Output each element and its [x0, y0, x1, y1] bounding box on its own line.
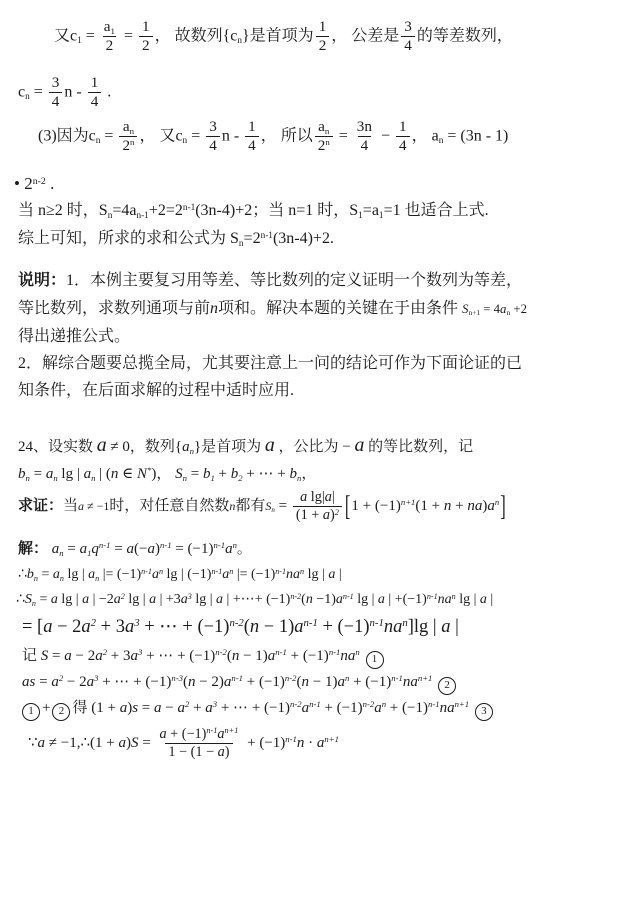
inline-math-group: Sn [265, 499, 274, 513]
text-run: − [377, 127, 394, 144]
text-run: + [42, 700, 50, 716]
text-run: + ⋯ + (−1) [140, 617, 230, 637]
text-run: ) [225, 744, 230, 760]
text-run: ，公比为 − [275, 439, 355, 455]
superscript: n-2 [33, 176, 46, 187]
text-run: 2 [142, 37, 150, 54]
superscript: n [159, 567, 163, 576]
superscript: n-1 [304, 617, 318, 629]
text-run: = [48, 648, 64, 664]
document-line-11: 知条件，在后面求解的过程中适时应用. [18, 379, 294, 402]
big-bracket: ] [500, 485, 506, 527]
superscript: n [355, 647, 359, 657]
math-variable: q [91, 541, 99, 557]
document-page: 又c1 = a12 = 12， 故数列{cn}是首项为12， 公差是34的等差数… [0, 0, 640, 905]
subscript: n [25, 92, 30, 102]
text-run: 4 [399, 137, 407, 154]
math-variable: N [137, 466, 147, 482]
text-run: 4 [248, 137, 256, 154]
text-run: · [304, 735, 317, 751]
math-variable: na [340, 648, 355, 664]
math-variable: a [131, 648, 139, 664]
text-run: (3)因为c [38, 127, 96, 144]
text-run: + (−1) [321, 700, 363, 716]
text-run: 当 [63, 498, 78, 514]
text-run: a [123, 118, 130, 135]
math-variable: a [378, 592, 385, 607]
text-run: 时，对任意自然数 [109, 498, 229, 514]
document-line-9: 得出递推公式。 [18, 325, 130, 348]
bold-label: 说明： [18, 272, 66, 289]
text-run: = [120, 27, 137, 44]
math-variable: n [306, 592, 313, 607]
text-run: n - [222, 127, 243, 144]
math-variable-large: a [355, 434, 365, 456]
text-run: lg | [354, 592, 378, 607]
math-variable: a [51, 592, 58, 607]
text-run: | +3 [156, 592, 181, 607]
text-run: 4 [209, 137, 217, 154]
text-run: = [64, 541, 80, 557]
subscript: n [34, 574, 38, 583]
bold-label: 解： [18, 541, 48, 557]
document-line-17: ∴Sn = a lg | a | −2a2 lg | a | +3a3 lg |… [16, 590, 493, 610]
fraction: 3n4 [354, 118, 375, 155]
fraction: a12 [101, 18, 118, 55]
document-line-3: (3)因为cn = an2n， 又cn = 34n - 14， 所以an2n =… [38, 118, 508, 155]
text-run: + (−1) [287, 648, 329, 664]
math-variable: a [487, 498, 495, 514]
document-line-10: 2．解综合题要总揽全局，尤其要注意上一问的结论可作为下面论证的已 [18, 352, 522, 375]
superscript: n-1 [211, 567, 222, 576]
text-run: = (3n - 1) [443, 127, 508, 144]
subscript: n [439, 136, 444, 146]
circled-number: 2 [438, 677, 456, 695]
superscript: n-1 [213, 540, 225, 550]
text-run: − 1) [239, 648, 267, 664]
math-variable: n [302, 674, 310, 690]
text-run: 都有 [235, 498, 265, 514]
text-run: =a [363, 202, 379, 219]
text-run: = 4 [480, 302, 500, 316]
text-run [360, 648, 364, 664]
math-variable: a [149, 592, 156, 607]
text-run: (1 + [296, 507, 323, 523]
text-run: 1 + (−1) [351, 498, 400, 514]
fraction: an2n [315, 118, 333, 155]
math-variable: a [323, 507, 330, 523]
math-variable: a [154, 700, 162, 716]
superscript: n [130, 137, 134, 147]
document-line-2: cn = 34n - 14 . [18, 74, 111, 111]
document-line-8: 等比数列，求数列通项与前n项和。解决本题的关键在于由条件 Sn+1 = 4an … [18, 297, 527, 320]
text-run: 项和。解决本题的关键在于由条件 [218, 300, 462, 317]
text-run: ≠ −1 [84, 499, 109, 513]
subscript: n [325, 126, 329, 136]
text-run: ∈ [118, 466, 137, 482]
text-run: 得出递推公式。 [18, 328, 130, 345]
subscript: n-1 [136, 211, 148, 221]
math-variable: a [182, 439, 190, 455]
text-run: 3 [404, 18, 412, 35]
math-variable: S [25, 592, 32, 607]
text-run: }是首项为 [242, 27, 314, 44]
superscript: n-1 [370, 617, 384, 629]
text-run: 1 [319, 18, 327, 35]
text-run: )， [151, 466, 175, 482]
text-run: = [111, 541, 127, 557]
superscript: n [495, 497, 499, 507]
circled-number: 1 [22, 703, 40, 721]
text-run: 2 [319, 37, 327, 54]
text-run: lg | [456, 592, 480, 607]
big-bracket: [ [345, 485, 351, 527]
superscript: n [325, 137, 329, 147]
circled-number: 1 [366, 651, 384, 669]
text-run: 2 [106, 37, 114, 54]
text-run: = [82, 27, 99, 44]
subscript: n [95, 574, 99, 583]
text-run: = [100, 127, 117, 144]
text-run: = [35, 674, 51, 690]
subscript: n [32, 599, 36, 608]
fraction: 34 [206, 118, 220, 155]
text-run: lg | [58, 592, 82, 607]
text-run: | −2 [89, 592, 114, 607]
math-variable: a [218, 744, 225, 760]
text-run: = [38, 567, 53, 582]
subscript: n [26, 473, 30, 483]
document-line-1: 又c1 = a12 = 12， 故数列{cn}是首项为12， 公差是34的等差数… [54, 18, 513, 55]
subscript: n [91, 473, 95, 483]
superscript: n-1 [329, 647, 341, 657]
text-run: 4 [52, 93, 60, 110]
subscript: n [297, 473, 301, 483]
text-run: = [187, 127, 204, 144]
circled-number: 2 [52, 703, 70, 721]
subscript: n [506, 308, 510, 317]
math-variable: a [38, 735, 46, 751]
text-run: = [36, 592, 51, 607]
math-variable: a [205, 700, 213, 716]
text-run: − 2 [72, 648, 95, 664]
math-variable: a [147, 541, 155, 557]
math-variable: a [125, 617, 134, 637]
math-variable: S [131, 735, 139, 751]
text-run: ∴ [18, 567, 27, 582]
superscript: n-1 [206, 726, 217, 735]
text-run: (3n-4)+2；当 n=1 时，S [195, 202, 358, 219]
text-run: |= (−1) [99, 567, 141, 582]
subscript: n [239, 239, 244, 249]
text-run: + (−1) [349, 674, 391, 690]
superscript: n+1 [401, 497, 416, 507]
document-line-18: = [a − 2a2 + 3a3 + ⋯ + (−1)n-2(n − 1)an-… [22, 614, 459, 641]
inline-math-group: a ≠ −1 [78, 499, 109, 513]
text-run: + 3 [96, 617, 125, 637]
text-run: ]lg | [408, 617, 442, 637]
fraction: 14 [245, 118, 259, 155]
text-run: 2 [122, 137, 130, 154]
subscript: 1 [358, 211, 363, 221]
subscript: 1 [87, 548, 91, 558]
superscript: n-1 [275, 567, 286, 576]
superscript: 2 [59, 673, 63, 683]
document-line-4: • 2n-2 . [14, 172, 54, 197]
text-run: 2．解综合题要总揽全局，尤其要注意上一问的结论可作为下面论证的已 [18, 355, 522, 372]
superscript: 2 [91, 617, 96, 629]
text-run: ∵ [28, 735, 38, 751]
math-variable: a [181, 592, 188, 607]
superscript: 3 [188, 592, 192, 601]
math-variable: na [440, 700, 455, 716]
text-run: • 2 [14, 174, 33, 193]
text-run: ， 公差是 [331, 27, 399, 44]
superscript: n-1 [391, 673, 403, 683]
text-run: lg | [58, 466, 84, 482]
subscript: 1 [379, 211, 384, 221]
subscript: n [60, 574, 64, 583]
fraction: 34 [49, 74, 63, 111]
subscript: 1 [77, 36, 82, 46]
math-variable: a [217, 726, 224, 742]
text-run: − 2 [52, 617, 81, 637]
superscript: n-2 [285, 673, 297, 683]
superscript: n+1 [225, 726, 239, 735]
text-run: + [451, 498, 467, 514]
text-run: 又c [54, 27, 77, 44]
text-run: ， a [412, 127, 439, 144]
math-variable: n [250, 617, 259, 637]
bold-label: 求证： [18, 498, 63, 514]
superscript: n [300, 567, 304, 576]
subscript: n [53, 473, 57, 483]
text-run: a [318, 118, 325, 135]
fraction: a + (−1)n-1an+11 − (1 − a) [156, 726, 241, 761]
text-run: 知条件，在后面求解的过程中适时应用. [18, 382, 294, 399]
fraction: 12 [316, 18, 330, 55]
superscript: n [233, 540, 237, 550]
subscript: n [130, 126, 134, 136]
superscript: n-1 [160, 540, 172, 550]
text-run: + ⋯ + (−1) [98, 674, 171, 690]
text-run: | +(−1) [385, 592, 427, 607]
text-run: 1 [248, 118, 256, 135]
text-run: = [335, 127, 352, 144]
fraction: 12 [139, 18, 153, 55]
superscript: n+1 [418, 673, 433, 683]
text-run [432, 674, 436, 690]
text-run: 的等比数列，记 [364, 439, 473, 455]
math-variable: na [467, 498, 482, 514]
text-run: − [162, 700, 178, 716]
document-line-12: 24、设实数 a ≠ 0，数列{an}是首项为 a ，公比为 − a 的等比数列… [18, 431, 473, 460]
superscript: n [382, 699, 386, 709]
text-run: | +⋯+ (−1) [223, 592, 290, 607]
superscript: n [229, 567, 233, 576]
math-variable-large: a [265, 434, 275, 456]
superscript: n-1 [427, 592, 438, 601]
text-run: = [138, 700, 154, 716]
text-run: + ⋯ + (−1) [142, 648, 215, 664]
text-run: =4a [112, 202, 136, 219]
superscript: 3 [213, 699, 217, 709]
math-variable: na [438, 592, 452, 607]
text-run: − 1) [309, 674, 337, 690]
math-variable: a [126, 541, 134, 557]
text-run: a [104, 18, 111, 35]
text-run: (3n-4)+2. [273, 230, 334, 247]
document-line-5: 当 n≥2 时，Sn=4an-1+2=2n-1(3n-4)+2；当 n=1 时，… [18, 199, 489, 222]
fraction: 14 [88, 74, 102, 111]
text-run: − 2 [63, 674, 86, 690]
subscript: n+1 [468, 308, 480, 317]
superscript: n [402, 617, 407, 629]
text-run: | ( [95, 466, 111, 482]
text-run: + (−1) [167, 726, 207, 742]
text-run: = [ [22, 617, 43, 637]
document-line-20: as = a2 − 2a3 + ⋯ + (−1)n-3(n − 2)an-1 +… [22, 672, 458, 695]
math-variable: a [325, 489, 332, 505]
text-run: = [275, 498, 291, 514]
text-run: 4 [91, 93, 99, 110]
fraction: an2n [119, 118, 137, 155]
text-run: 4 [404, 37, 412, 54]
text-run: 3n [357, 118, 372, 135]
text-run: 24、设实数 [18, 439, 97, 455]
math-variable: n [210, 300, 218, 317]
math-variable: a [81, 617, 90, 637]
text-run: + [215, 466, 231, 482]
text-run: 1 [399, 118, 407, 135]
math-variable: a [80, 541, 88, 557]
math-variable: a [87, 674, 95, 690]
text-run: + (−1) [386, 700, 428, 716]
math-variable: a [374, 700, 382, 716]
inline-math-group: Sn+1 = 4an +2 [462, 302, 527, 316]
text-run: 3 [52, 74, 60, 91]
math-variable: a [95, 648, 103, 664]
math-variable: a [480, 592, 487, 607]
subscript: n [96, 136, 101, 146]
text-run: 综上可知，所求的求和公式为 S [18, 230, 239, 247]
math-variable: a [64, 648, 72, 664]
text-run: = (−1) [172, 541, 214, 557]
superscript: n-1 [141, 567, 152, 576]
superscript: * [147, 465, 151, 475]
math-variable: b [18, 466, 26, 482]
subscript: n [59, 548, 63, 558]
text-run: ， [301, 466, 316, 482]
text-run: 的等差数列， [417, 27, 513, 44]
text-run: ≠ 0，数列{ [107, 439, 182, 455]
superscript: 3 [138, 647, 142, 657]
superscript: n-3 [171, 673, 183, 683]
math-variable-large: a [97, 434, 107, 456]
text-run: (− [134, 541, 147, 557]
superscript: n-2 [229, 617, 243, 629]
superscript: 2 [185, 699, 189, 709]
math-variable: a [177, 700, 185, 716]
text-run: ， 又c [139, 127, 182, 144]
superscript: n-2 [215, 647, 227, 657]
document-line-14: 求证：当a ≠ −1时，对任意自然数n都有Sn = a lg|a|(1 + a)… [18, 489, 507, 524]
text-run: 。 [237, 541, 252, 557]
text-run: + [189, 700, 205, 716]
text-run: 1 − (1 − [168, 744, 217, 760]
text-run: lg| [307, 489, 325, 505]
document-line-22: ∵a ≠ −1,∴(1 + a)S = a + (−1)n-1an+11 − (… [28, 726, 339, 761]
superscript: n-1 [343, 592, 354, 601]
document-line-7: 说明：1．本例主要复习用等差、等比数列的定义证明一个数列为等差， [18, 269, 522, 292]
superscript: n-2 [290, 699, 302, 709]
subscript: 1 [111, 26, 115, 36]
text-run: 记 [22, 648, 41, 664]
text-run: . [46, 174, 55, 193]
superscript: n-2 [290, 592, 301, 601]
math-variable: a [337, 674, 345, 690]
document-line-16: ∴bn = an lg | an |= (−1)n-1an lg | (−1)n… [18, 565, 342, 585]
text-run: −1) [313, 592, 336, 607]
text-run: + ⋯ + [243, 466, 290, 482]
text-run: = [187, 466, 203, 482]
superscript: n+1 [455, 699, 470, 709]
text-run: . [103, 83, 111, 100]
math-variable: b [290, 466, 298, 482]
text-run: n - [64, 83, 85, 100]
math-variable: a [225, 541, 233, 557]
text-run: = [139, 735, 155, 751]
text-run: lg | (−1) [163, 567, 211, 582]
document-line-19: 记 S = a − 2a2 + 3a3 + ⋯ + (−1)n-2(n − 1)… [22, 646, 386, 669]
math-variable: a [159, 726, 166, 742]
text-run: + (−1) [243, 735, 285, 751]
superscript: 2 [121, 592, 125, 601]
math-variable: na [384, 617, 403, 637]
text-run: +2 [510, 302, 527, 316]
math-variable: a [336, 592, 343, 607]
superscript: n-1 [261, 231, 273, 241]
text-run: 1 [91, 74, 99, 91]
math-variable: a [51, 674, 59, 690]
superscript: n [452, 592, 456, 601]
superscript: 3 [134, 617, 139, 629]
document-line-6: 综上可知，所求的求和公式为 Sn=2n-1(3n-4)+2. [18, 227, 334, 250]
text-run: }是首项为 [194, 439, 265, 455]
text-run: lg | [304, 567, 328, 582]
text-run: (1 + [415, 498, 443, 514]
text-run: lg | [125, 592, 149, 607]
document-line-15: 解： an = a1qn-1 = a(−a)n-1 = (−1)n-1an。 [18, 539, 252, 561]
text-run: 1．本例主要复习用等差、等比数列的定义证明一个数列为等差， [66, 272, 522, 289]
text-run: | [335, 567, 341, 582]
document-line-13: bn = an lg | an | (n ∈ N*)， Sn = b1 + b2… [18, 464, 316, 486]
fraction: 14 [396, 118, 410, 155]
text-run: + (−1) [243, 674, 285, 690]
text-run [469, 700, 473, 716]
superscript: 2 [103, 647, 107, 657]
math-variable: a [53, 567, 60, 582]
math-variable: a [216, 592, 223, 607]
text-run: ， 故数列{c [155, 27, 238, 44]
math-variable: a [119, 735, 127, 751]
text-run: ， 所以 [261, 127, 313, 144]
math-variable: a [114, 592, 121, 607]
subscript: n [183, 136, 188, 146]
superscript: 3 [94, 673, 98, 683]
subscript: n [271, 506, 274, 514]
superscript: n-1 [275, 647, 287, 657]
